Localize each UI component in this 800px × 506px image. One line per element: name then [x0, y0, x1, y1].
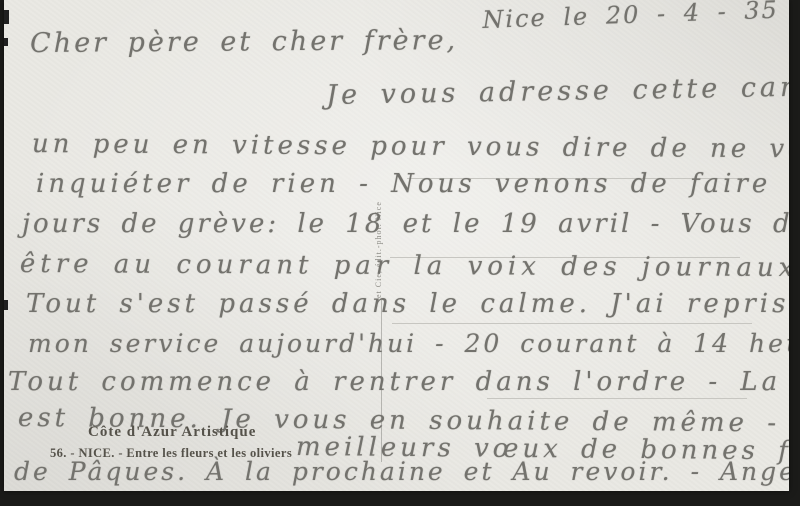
address-rule	[392, 323, 752, 324]
handwritten-line: Tout s'est passé dans le calme. J'ai rep…	[26, 291, 789, 317]
card-caption: 56. - NICE. - Entre les fleurs et les ol…	[50, 446, 292, 461]
scanned-postcard-photo: et Cie, édit.-phot. Nice Nice le 20 - 4 …	[0, 0, 800, 506]
handwritten-line-signature: de Pâques. À la prochaine et Au revoir. …	[14, 459, 789, 484]
salutation-line: Cher père et cher frère,	[30, 27, 458, 57]
scan-artifact	[4, 300, 8, 310]
scan-artifact	[4, 38, 8, 46]
address-rule	[487, 398, 747, 399]
handwritten-line: Je vous adresse cette carte	[326, 73, 789, 109]
series-title: Côte d'Azur Artistique	[88, 424, 256, 441]
postcard: et Cie, édit.-phot. Nice Nice le 20 - 4 …	[4, 0, 789, 491]
date-line: Nice le 20 - 4 - 35	[482, 0, 779, 32]
handwritten-line: être au courant par la voix des journaux…	[20, 251, 789, 281]
handwritten-line: inquiéter de rien - Nous venons de faire…	[36, 171, 789, 197]
scan-artifact	[4, 10, 9, 24]
handwritten-line: Tout commence à rentrer dans l'ordre - L…	[8, 369, 789, 395]
handwritten-line: jours de grève: le 18 et le 19 avril - V…	[22, 211, 789, 237]
handwritten-line: un peu en vitesse pour vous dire de ne v…	[32, 131, 789, 163]
handwritten-line: mon service aujourd'hui - 20 courant à 1…	[28, 331, 789, 356]
